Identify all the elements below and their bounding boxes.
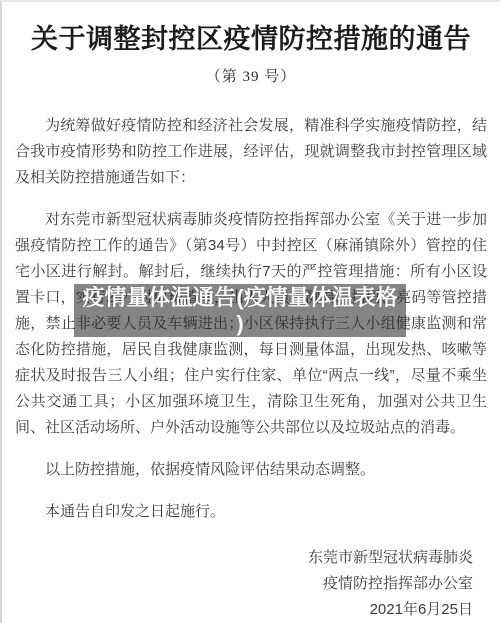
- watermark-title-line2: ): [74, 311, 406, 337]
- signature-org-line2: 疫情防控指挥部办公室: [15, 571, 473, 597]
- signature-org-line1: 东莞市新型冠状病毒肺炎: [15, 545, 473, 571]
- notice-paragraph-adjustment: 以上防控措施，依据疫情风险评估结果动态调整。: [15, 457, 487, 483]
- notice-body: 为统筹做好疫情防控和经济社会发展，精准科学实施疫情防控，结合我市疫情形势和防控工…: [2, 113, 500, 623]
- signature-date: 2021年6月25日: [15, 597, 473, 623]
- watermark-title-line1: 疫情量体温通告(疫情量体温表格: [74, 285, 406, 311]
- notice-issue-number: （第 39 号）: [2, 65, 500, 86]
- watermark-title-overlay: 疫情量体温通告(疫情量体温表格 ): [74, 284, 406, 337]
- signature-block: 东莞市新型冠状病毒肺炎 疫情防控指挥部办公室 2021年6月25日: [15, 545, 487, 623]
- notice-paragraph-intro: 为统筹做好疫情防控和经济社会发展，精准科学实施疫情防控，结合我市疫情形势和防控工…: [15, 113, 487, 191]
- notice-page: 关于调整封控区疫情防控措施的通告 （第 39 号） 为统筹做好疫情防控和经济社会…: [0, 0, 500, 623]
- notice-paragraph-effective: 本通告自印发之日起施行。: [15, 499, 487, 525]
- notice-title: 关于调整封控区疫情防控措施的通告: [2, 23, 500, 56]
